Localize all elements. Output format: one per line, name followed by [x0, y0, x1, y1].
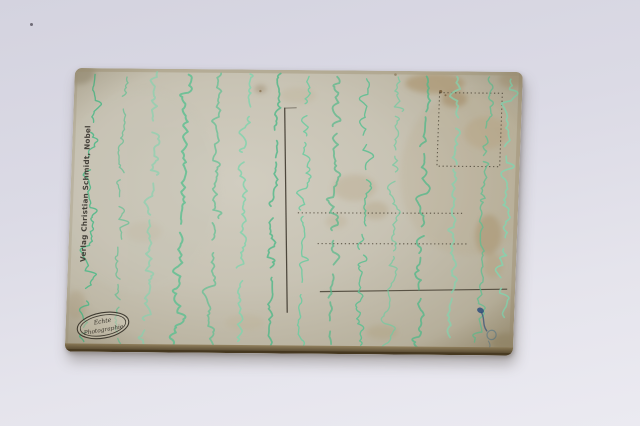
- vignette: [65, 68, 523, 356]
- postcard-back: Verlag Christian Schmidt, Nobel Echte Ph…: [65, 68, 523, 356]
- photo-background: Verlag Christian Schmidt, Nobel Echte Ph…: [0, 0, 640, 426]
- dust-speck: [30, 23, 33, 26]
